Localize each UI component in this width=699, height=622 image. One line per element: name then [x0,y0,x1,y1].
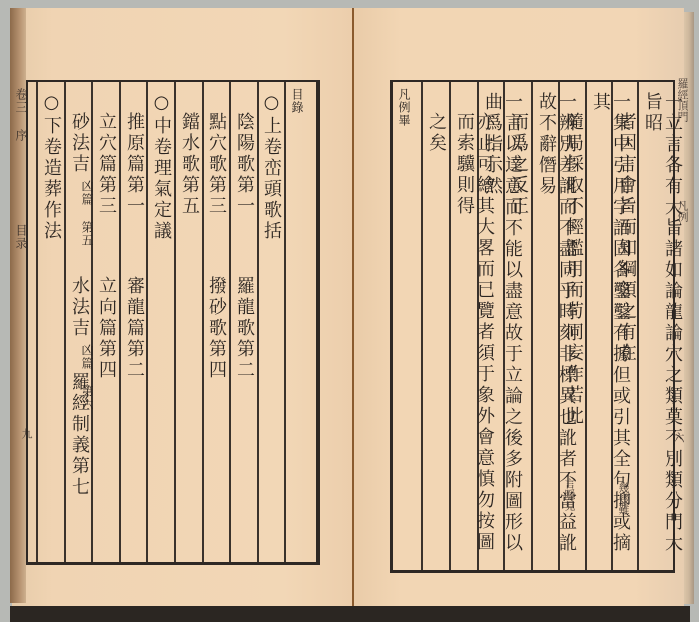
toc-entry: 鐺水歌第五 [179,112,199,217]
toc-frame: 目錄 ○上卷峦頭歌括 陰陽歌第一 羅龍歌第二 點穴歌第三 撥砂歌第四 鐺水歌第五… [26,80,320,565]
right-edge-label-top: 羅經頂門 [676,78,688,122]
fanli-paragraph: 之矣 [426,112,446,154]
fanli-frame: 凡例畢 一立言各有大旨諸如論龍論穴之類莫不別類分門大旨昭 者因言會旨而知綱領之有… [390,80,675,573]
toc-entry: 水法吉 [69,276,89,339]
toc-entry: 撥砂歌第四 [206,276,226,381]
spine-fold [352,8,354,606]
toc-entry: 陰陽歌第一 [234,112,254,217]
fanli-paragraph: 亦止可繪其大畧而已覽者須于象外會意慎勿按圖而索驥則得 [454,112,494,570]
small-annotation: 幾幾難 [617,482,629,515]
toc-upper-volume-title: ○上卷峦頭歌括 [261,92,281,242]
toc-entry: 立向篇第四 [96,276,116,381]
fanli-end-label: 凡例畢 [397,88,410,127]
bottom-shadow [10,606,690,622]
toc-entry: 審龍篇第二 [124,276,144,381]
right-edge-label-mid: 凡例 [676,200,688,222]
toc-entry: 立穴篇第三 [96,112,116,217]
toc-entry: 推原篇第一 [124,112,144,217]
right-margin-mark: 六 [672,432,684,443]
toc-header: 目錄 [290,88,303,114]
toc-middle-volume-title: ○中卷理氣定議 [151,92,171,242]
book-spread: 卷三 序 目录 九 目錄 ○上卷峦頭歌括 陰陽歌第一 羅龍歌第二 點穴歌第三 撥… [0,0,699,622]
toc-lower-volume-title: ○下卷造葬作法 [41,92,61,242]
fanli-paragraph: 一立言各有大旨諸如論龍論穴之類莫不別類分門大旨昭 [642,92,682,570]
small-annotation: 言隱見 [563,478,575,511]
toc-entry-note: 凶篇 第五 [69,180,93,247]
toc-entry: 羅龍歌第二 [234,276,254,381]
toc-entry: 羅經制義第七 [69,372,89,498]
toc-entry: 點穴歌第三 [206,112,226,217]
toc-entry: 砂法吉 [69,112,89,175]
